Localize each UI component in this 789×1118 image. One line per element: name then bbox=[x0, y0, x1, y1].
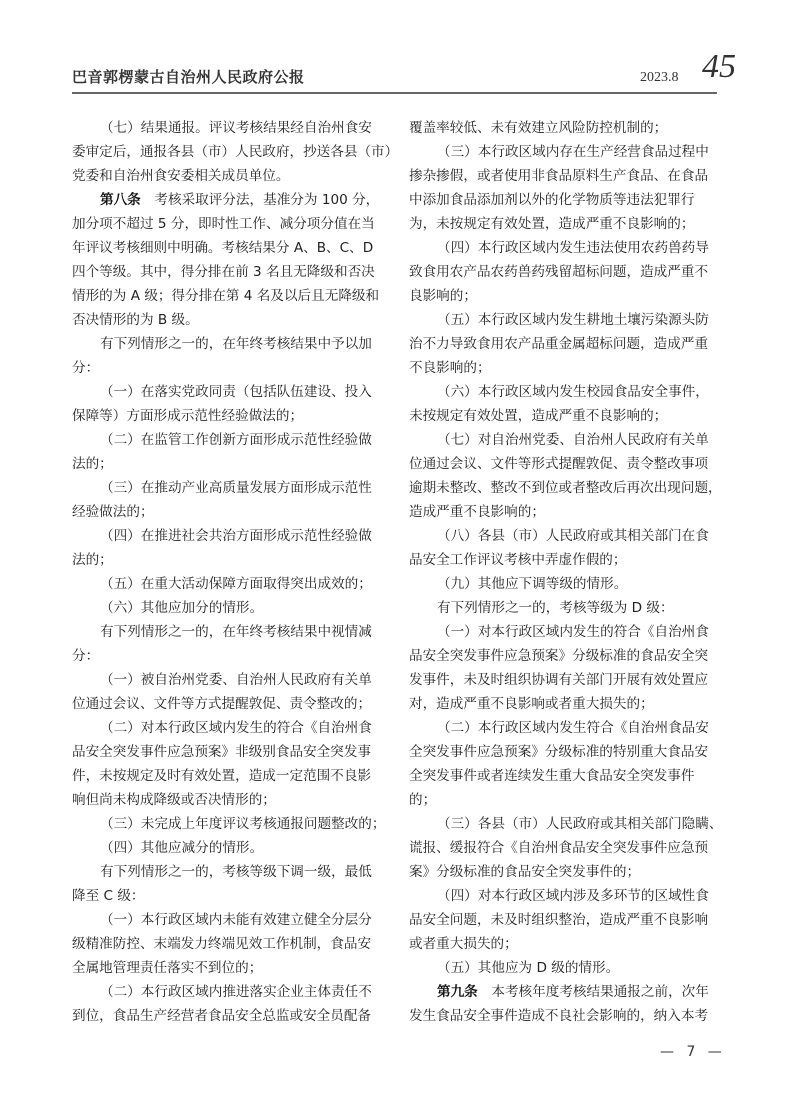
line-text: 逾期未整改、整改不到位或者整改后再次出现问题， bbox=[409, 480, 722, 496]
text-line: 保障等）方面形成示范性经验做法的； bbox=[72, 404, 384, 428]
text-line: 发事件，未及时组织协调有关部门开展有效处置应 bbox=[409, 668, 721, 692]
text-line: 加分项不超过 5 分，即时性工作、减分项分值在当 bbox=[72, 212, 384, 236]
line-text: （一）被自治州党委、自治州人民政府有关单 bbox=[100, 672, 372, 688]
text-line: 的； bbox=[409, 788, 721, 812]
text-line: （六）本行政区域内发生校园食品安全事件， bbox=[409, 380, 721, 404]
text-line: （四）在推进社会共治方面形成示范性经验做 bbox=[72, 524, 384, 548]
text-line: 有下列情形之一的，在年终考核结果中视情减 bbox=[72, 620, 384, 644]
text-line: 致食用农产品农药兽药残留超标问题，造成严重不 bbox=[409, 260, 721, 284]
text-line: （七）结果通报。评议考核结果经自治州食安 bbox=[72, 116, 384, 140]
line-text: （二）对本行政区域内发生的符合《自治州食 bbox=[100, 720, 372, 736]
line-text: 发生食品安全事件造成不良社会影响的，纳入本考 bbox=[409, 1008, 708, 1024]
text-line: （五）在重大活动保障方面取得突出成效的； bbox=[72, 572, 384, 596]
text-line: 良影响的； bbox=[409, 284, 721, 308]
text-line: 谎报、缓报符合《自治州食品安全突发事件应急预 bbox=[409, 836, 721, 860]
text-line: 品安全问题，未及时组织整治，造成严重不良影响 bbox=[409, 908, 721, 932]
text-line: 位通过会议、文件等方式提醒敦促、责令整改的； bbox=[72, 692, 384, 716]
line-text: 本考核年度考核结果通报之前，次年 bbox=[478, 984, 709, 1000]
text-line: 情形的为 A 级；得分排在第 4 名及以后且无降级和 bbox=[72, 284, 384, 308]
text-line: 分： bbox=[72, 356, 384, 380]
line-text: （五）在重大活动保障方面取得突出成效的； bbox=[100, 576, 372, 592]
line-text: （四）对本行政区域内涉及多环节的区域性食 bbox=[437, 888, 709, 904]
line-text: 治不力导致食用农产品重金属超标问题，造成严重 bbox=[409, 336, 708, 352]
line-text: 法的； bbox=[72, 552, 113, 568]
line-text: （三）在推动产业高质量发展方面形成示范性 bbox=[100, 480, 372, 496]
text-line: 响但尚未构成降级或否决情形的； bbox=[72, 788, 384, 812]
text-line: 委审定后，通报各县（市）人民政府，抄送各县（市） bbox=[72, 140, 384, 164]
line-text: （八）各县（市）人民政府或其相关部门在食 bbox=[437, 528, 709, 544]
text-line: （三）在推动产业高质量发展方面形成示范性 bbox=[72, 476, 384, 500]
line-text: 否决情形的为 B 级。 bbox=[72, 312, 199, 328]
line-text: （四）本行政区域内发生违法使用农药兽药导 bbox=[437, 240, 709, 256]
line-text: 不良影响的； bbox=[409, 360, 491, 376]
text-line: （一）对本行政区域内发生的符合《自治州食 bbox=[409, 620, 721, 644]
text-line: 到位，食品生产经营者食品安全总监或安全员配备 bbox=[72, 1004, 384, 1028]
line-text: 全突发事件或者连续发生重大食品安全突发事件 bbox=[409, 768, 694, 784]
line-text: （一）在落实党政同责（包括队伍建设、投入 bbox=[100, 384, 372, 400]
line-text: 委审定后，通报各县（市）人民政府，抄送各县（市） bbox=[72, 144, 398, 160]
text-line: 四个等级。其中，得分排在前 3 名且无降级和否决 bbox=[72, 260, 384, 284]
line-text: 掺杂掺假，或者使用非食品原料生产食品、在食品 bbox=[409, 168, 708, 184]
text-line: 为，未按规定有效处置，造成严重不良影响的； bbox=[409, 212, 721, 236]
line-text: 件，未按规定及时有效处置，造成一定范围不良影 bbox=[72, 768, 371, 784]
line-text: 对，造成严重不良影响或者重大损失的； bbox=[409, 696, 654, 712]
line-text: 的； bbox=[409, 792, 436, 808]
text-line: （四）本行政区域内发生违法使用农药兽药导 bbox=[409, 236, 721, 260]
text-line: 全突发事件应急预案》分级标准的特别重大食品安 bbox=[409, 740, 721, 764]
text-line: 掺杂掺假，或者使用非食品原料生产食品、在食品 bbox=[409, 164, 721, 188]
line-text: 降至 C 级： bbox=[72, 888, 145, 904]
text-line: 对，造成严重不良影响或者重大损失的； bbox=[409, 692, 721, 716]
right-column: 覆盖率较低、未有效建立风险防控机制的；（三）本行政区域内存在生产经营食品过程中掺… bbox=[409, 116, 721, 1028]
text-line: （九）其他应下调等级的情形。 bbox=[409, 572, 721, 596]
text-line: （二）在监管工作创新方面形成示范性经验做 bbox=[72, 428, 384, 452]
line-text: （五）本行政区域内发生耕地土壤污染源头防 bbox=[437, 312, 709, 328]
text-line: 品安全工作评议考核中弄虚作假的； bbox=[409, 548, 721, 572]
text-line: 或者重大损失的； bbox=[409, 932, 721, 956]
line-text: （一）对本行政区域内发生的符合《自治州食 bbox=[437, 624, 709, 640]
line-text: 发事件，未及时组织协调有关部门开展有效处置应 bbox=[409, 672, 708, 688]
line-text: 保障等）方面形成示范性经验做法的； bbox=[72, 408, 303, 424]
line-text: 或者重大损失的； bbox=[409, 936, 518, 952]
line-text: （七）结果通报。评议考核结果经自治州食安 bbox=[100, 120, 372, 136]
text-line: （四）对本行政区域内涉及多环节的区域性食 bbox=[409, 884, 721, 908]
header-divider bbox=[72, 92, 717, 94]
text-line: 年评议考核细则中明确。考核结果分 A、B、C、D bbox=[72, 236, 384, 260]
text-line: （三）本行政区域内存在生产经营食品过程中 bbox=[409, 140, 721, 164]
line-text: （六）本行政区域内发生校园食品安全事件， bbox=[437, 384, 709, 400]
text-line: 法的； bbox=[72, 452, 384, 476]
line-text: 年评议考核细则中明确。考核结果分 A、B、C、D bbox=[72, 240, 373, 256]
page-number: — 7 — bbox=[660, 1044, 726, 1060]
text-line: 品安全突发事件应急预案》分级标准的食品安全突 bbox=[409, 644, 721, 668]
line-text: 党委和自治州食安委相关成员单位。 bbox=[72, 168, 290, 184]
article-heading: 第八条 bbox=[100, 192, 141, 208]
line-text: 经验做法的； bbox=[72, 504, 154, 520]
text-line: 不良影响的； bbox=[409, 356, 721, 380]
line-text: （四）其他应减分的情形。 bbox=[100, 840, 263, 856]
text-line: （二）对本行政区域内发生的符合《自治州食 bbox=[72, 716, 384, 740]
text-line: 级精准防控、末端发力终端见效工作机制，食品安 bbox=[72, 932, 384, 956]
line-text: 品安全突发事件应急预案》非级别食品安全突发事 bbox=[72, 744, 371, 760]
line-text: （九）其他应下调等级的情形。 bbox=[437, 576, 627, 592]
line-text: 中添加食品添加剂以外的化学物质等违法犯罪行 bbox=[409, 192, 694, 208]
text-line: （五）其他应为 D 级的情形。 bbox=[409, 956, 721, 980]
line-text: 位通过会议、文件等形式提醒敦促、责令整改事项 bbox=[409, 456, 708, 472]
text-line: （三）未完成上年度评议考核通报问题整改的； bbox=[72, 812, 384, 836]
line-text: 全突发事件应急预案》分级标准的特别重大食品安 bbox=[409, 744, 708, 760]
line-text: 到位，食品生产经营者食品安全总监或安全员配备 bbox=[72, 1008, 371, 1024]
line-text: （六）其他应加分的情形。 bbox=[100, 600, 263, 616]
text-line: 否决情形的为 B 级。 bbox=[72, 308, 384, 332]
text-line: 有下列情形之一的，在年终考核结果中予以加 bbox=[72, 332, 384, 356]
line-text: 有下列情形之一的，在年终考核结果中视情减 bbox=[100, 624, 372, 640]
publication-title: 巴音郭楞蒙古自治州人民政府公报 bbox=[72, 66, 305, 87]
line-text: （三）未完成上年度评议考核通报问题整改的； bbox=[100, 816, 385, 832]
text-line: 逾期未整改、整改不到位或者整改后再次出现问题， bbox=[409, 476, 721, 500]
text-line: （八）各县（市）人民政府或其相关部门在食 bbox=[409, 524, 721, 548]
line-text: 级精准防控、末端发力终端见效工作机制，食品安 bbox=[72, 936, 371, 952]
text-line: （三）各县（市）人民政府或其相关部门隐瞒、 bbox=[409, 812, 721, 836]
line-text: 未按规定有效处置，造成严重不良影响的； bbox=[409, 408, 667, 424]
line-text: 分： bbox=[72, 360, 99, 376]
line-text: （七）对自治州党委、自治州人民政府有关单 bbox=[437, 432, 709, 448]
article-heading: 第九条 bbox=[437, 984, 478, 1000]
line-text: 为，未按规定有效处置，造成严重不良影响的； bbox=[409, 216, 694, 232]
line-text: 考核采取评分法，基准分为 100 分， bbox=[141, 192, 380, 208]
text-line: 品安全突发事件应急预案》非级别食品安全突发事 bbox=[72, 740, 384, 764]
text-line: 经验做法的； bbox=[72, 500, 384, 524]
text-line: 分： bbox=[72, 644, 384, 668]
text-line: 覆盖率较低、未有效建立风险防控机制的； bbox=[409, 116, 721, 140]
issue-number: 45 bbox=[702, 50, 736, 84]
line-text: 品安全问题，未及时组织整治，造成严重不良影响 bbox=[409, 912, 708, 928]
line-text: 响但尚未构成降级或否决情形的； bbox=[72, 792, 276, 808]
text-line: 未按规定有效处置，造成严重不良影响的； bbox=[409, 404, 721, 428]
line-text: 谎报、缓报符合《自治州食品安全突发事件应急预 bbox=[409, 840, 708, 856]
line-text: 有下列情形之一的，考核等级为 D 级： bbox=[437, 600, 674, 616]
line-text: 有下列情形之一的，考核等级下调一级，最低 bbox=[100, 864, 372, 880]
line-text: 分： bbox=[72, 648, 99, 664]
text-line: 案》分级标准的食品安全突发事件的； bbox=[409, 860, 721, 884]
text-line: 中添加食品添加剂以外的化学物质等违法犯罪行 bbox=[409, 188, 721, 212]
text-line: 件，未按规定及时有效处置，造成一定范围不良影 bbox=[72, 764, 384, 788]
text-line: （一）被自治州党委、自治州人民政府有关单 bbox=[72, 668, 384, 692]
text-line: 降至 C 级： bbox=[72, 884, 384, 908]
text-line: 全属地管理责任落实不到位的； bbox=[72, 956, 384, 980]
text-line: 党委和自治州食安委相关成员单位。 bbox=[72, 164, 384, 188]
line-text: 品安全突发事件应急预案》分级标准的食品安全突 bbox=[409, 648, 708, 664]
line-text: 案》分级标准的食品安全突发事件的； bbox=[409, 864, 640, 880]
line-text: （三）各县（市）人民政府或其相关部门隐瞒、 bbox=[437, 816, 722, 832]
line-text: 法的； bbox=[72, 456, 113, 472]
line-text: 有下列情形之一的，在年终考核结果中予以加 bbox=[100, 336, 372, 352]
line-text: （二）在监管工作创新方面形成示范性经验做 bbox=[100, 432, 372, 448]
text-line: （七）对自治州党委、自治州人民政府有关单 bbox=[409, 428, 721, 452]
line-text: 品安全工作评议考核中弄虚作假的； bbox=[409, 552, 627, 568]
text-line: 全突发事件或者连续发生重大食品安全突发事件 bbox=[409, 764, 721, 788]
line-text: （一）本行政区域内未能有效建立健全分层分 bbox=[100, 912, 372, 928]
text-line: （二）本行政区域内推进落实企业主体责任不 bbox=[72, 980, 384, 1004]
line-text: 全属地管理责任落实不到位的； bbox=[72, 960, 262, 976]
text-line: 造成严重不良影响的； bbox=[409, 500, 721, 524]
text-line: 法的； bbox=[72, 548, 384, 572]
line-text: 情形的为 A 级；得分排在第 4 名及以后且无降级和 bbox=[72, 288, 379, 304]
text-line: 第九条 本考核年度考核结果通报之前，次年 bbox=[409, 980, 721, 1004]
line-text: 良影响的； bbox=[409, 288, 477, 304]
text-line: （四）其他应减分的情形。 bbox=[72, 836, 384, 860]
text-line: （五）本行政区域内发生耕地土壤污染源头防 bbox=[409, 308, 721, 332]
issue-date: 2023.8 bbox=[640, 70, 679, 86]
left-column: （七）结果通报。评议考核结果经自治州食安委审定后，通报各县（市）人民政府，抄送各… bbox=[72, 116, 384, 1028]
text-line: （一）在落实党政同责（包括队伍建设、投入 bbox=[72, 380, 384, 404]
line-text: （二）本行政区域内推进落实企业主体责任不 bbox=[100, 984, 372, 1000]
text-line: （六）其他应加分的情形。 bbox=[72, 596, 384, 620]
text-line: 有下列情形之一的，考核等级为 D 级： bbox=[409, 596, 721, 620]
line-text: 造成严重不良影响的； bbox=[409, 504, 545, 520]
text-line: 治不力导致食用农产品重金属超标问题，造成严重 bbox=[409, 332, 721, 356]
line-text: （五）其他应为 D 级的情形。 bbox=[437, 960, 619, 976]
text-line: （二）本行政区域内发生符合《自治州食品安 bbox=[409, 716, 721, 740]
line-text: 四个等级。其中，得分排在前 3 名且无降级和否决 bbox=[72, 264, 375, 280]
text-line: 位通过会议、文件等形式提醒敦促、责令整改事项 bbox=[409, 452, 721, 476]
line-text: 致食用农产品农药兽药残留超标问题，造成严重不 bbox=[409, 264, 708, 280]
text-line: 有下列情形之一的，考核等级下调一级，最低 bbox=[72, 860, 384, 884]
line-text: 位通过会议、文件等方式提醒敦促、责令整改的； bbox=[72, 696, 371, 712]
text-line: 发生食品安全事件造成不良社会影响的，纳入本考 bbox=[409, 1004, 721, 1028]
line-text: （二）本行政区域内发生符合《自治州食品安 bbox=[437, 720, 709, 736]
line-text: 覆盖率较低、未有效建立风险防控机制的； bbox=[409, 120, 667, 136]
line-text: 加分项不超过 5 分，即时性工作、减分项分值在当 bbox=[72, 216, 375, 232]
line-text: （三）本行政区域内存在生产经营食品过程中 bbox=[437, 144, 709, 160]
text-line: 第八条 考核采取评分法，基准分为 100 分， bbox=[72, 188, 384, 212]
line-text: （四）在推进社会共治方面形成示范性经验做 bbox=[100, 528, 372, 544]
text-line: （一）本行政区域内未能有效建立健全分层分 bbox=[72, 908, 384, 932]
